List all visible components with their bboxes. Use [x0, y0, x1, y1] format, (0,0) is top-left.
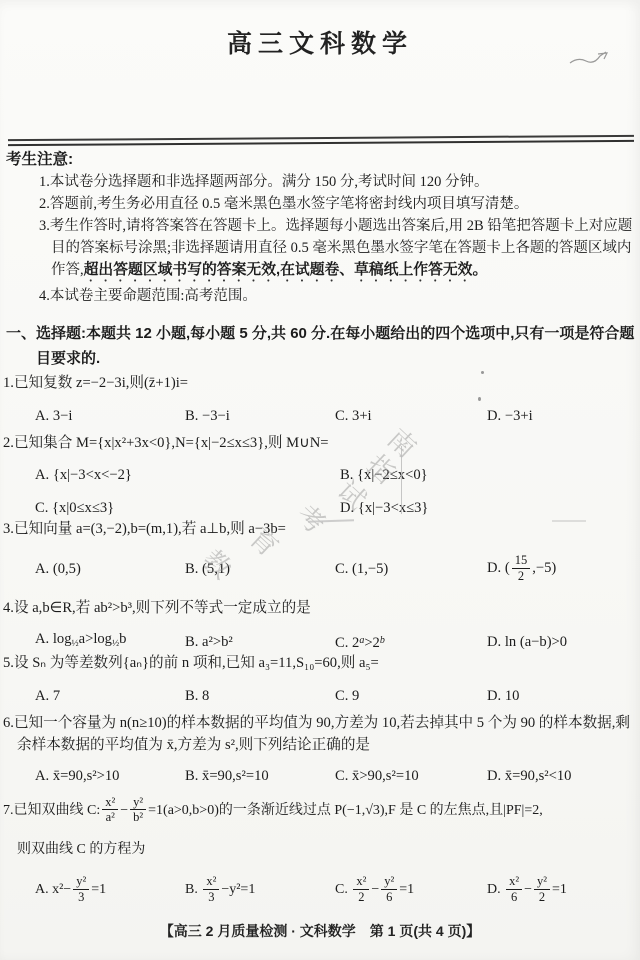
- question-2-stem: 2.已知集合 M={x|x²+3x<0},N={x|−2≤x≤3},则 M∪N=: [3, 432, 638, 454]
- notice-item-1: 1.本试卷分选择题和非选择题两部分。满分 150 分,考试时间 120 分钟。: [6, 171, 636, 193]
- fraction: x²6: [506, 874, 522, 904]
- option-b-part: B.: [185, 882, 201, 897]
- option-c: C. 2a>2b: [335, 630, 487, 654]
- option-c-part: >2: [364, 635, 380, 651]
- question-7-options: A. x²−y²3=1 B. x²3−y²=1 C. x²2−y²6=1 D. …: [35, 872, 638, 908]
- question-4-stem: 4.设 a,b∈R,若 ab²>b³,则下列不等式一定成立的是: [3, 597, 638, 619]
- fraction-denominator: 2: [536, 890, 548, 904]
- minus-sign: −: [524, 882, 532, 897]
- question-1: 1.已知复数 z=−2−3i,则(z̄+1)i= A. 3−i B. −3−i …: [3, 372, 638, 427]
- option-b: B. −3−i: [185, 405, 335, 427]
- fraction-denominator: b²: [130, 810, 146, 824]
- question-7: 7.已知双曲线 C:x²a²−y²b²=1(a>0,b>0)的一条渐近线过点 P…: [3, 791, 638, 908]
- ink-speck: [481, 371, 484, 374]
- notice-item-4: 4.本试卷主要命题范围:高考范围。: [6, 285, 636, 307]
- option-c-part: C. 2: [335, 635, 359, 651]
- option-d-suffix: ,−5): [532, 560, 556, 576]
- question-5: 5.设 Sₙ 为等差数列{aₙ}的前 n 项和,已知 a₃=11,S₁₀=60,…: [3, 652, 638, 707]
- minus-sign: −: [120, 803, 128, 818]
- option-b-part: −y²=1: [221, 882, 255, 897]
- option-a: A. 3−i: [35, 405, 185, 427]
- option-c: C. (1,−5): [335, 558, 487, 580]
- question-3-options: A. (0,5) B. (5,1) C. (1,−5) D. (152,−5): [35, 552, 638, 586]
- fraction: x²2: [353, 874, 369, 904]
- notice-section: 考生注意: 1.本试卷分选择题和非选择题两部分。满分 150 分,考试时间 12…: [6, 149, 636, 307]
- question-6: 6.已知一个容量为 n(n≥10)的样本数据的平均值为 90,方差为 10,若去…: [3, 712, 638, 787]
- question-5-stem: 5.设 Sₙ 为等差数列{aₙ}的前 n 项和,已知 a₃=11,S₁₀=60,…: [3, 652, 638, 674]
- header-rule: [8, 135, 634, 146]
- fraction: y²6: [381, 874, 397, 904]
- option-d: D. {x|−3<x≤3}: [340, 497, 638, 519]
- question-7-stem-line-2: 则双曲线 C 的方程为: [17, 839, 638, 861]
- notice-item-3: 3.考生作答时,请将答案答在答题卡上。选择题每小题选出答案后,用 2B 铅笔把答…: [6, 215, 636, 285]
- notice-heading: 考生注意:: [6, 149, 636, 171]
- option-d-prefix: D. (: [487, 560, 510, 576]
- fraction-numerator: 15: [512, 553, 531, 568]
- scan-smudge: [552, 520, 586, 522]
- option-d: D. 10: [487, 685, 638, 707]
- fraction-numerator: y²: [130, 795, 146, 810]
- fraction-denominator: 3: [75, 890, 87, 904]
- exponent: b: [380, 635, 385, 646]
- option-a: A. {x|−3<x<−2}: [35, 464, 340, 486]
- question-7-stem: 7.已知双曲线 C:x²a²−y²b²=1(a>0,b>0)的一条渐近线过点 P…: [3, 791, 638, 831]
- question-4: 4.设 a,b∈R,若 ab²>b³,则下列不等式一定成立的是 A. log½a…: [3, 597, 638, 655]
- question-1-options: A. 3−i B. −3−i C. 3+i D. −3+i: [35, 405, 638, 427]
- option-d: D. ln (a−b)>0: [487, 631, 638, 653]
- fraction-numerator: x²: [506, 874, 522, 889]
- fraction: 152: [512, 553, 531, 583]
- option-d-part: =1: [552, 882, 567, 897]
- rule-thick: [8, 139, 634, 146]
- pen-mark-icon: [565, 45, 620, 75]
- option-c-part: =1: [399, 882, 414, 897]
- fraction-numerator: y²: [73, 874, 89, 889]
- log-base-subscript: ½: [71, 639, 78, 649]
- question-6-options: A. x̄=90,s²>10 B. x̄=90,s²=10 C. x̄>90,s…: [35, 765, 638, 787]
- option-a: A. x̄=90,s²>10: [35, 765, 185, 787]
- fraction-denominator: 2: [515, 569, 527, 583]
- option-d: D. x̄=90,s²<10: [487, 765, 638, 787]
- option-b: B. 8: [185, 685, 335, 707]
- fraction-numerator: y²: [534, 874, 550, 889]
- option-a-part: =1: [91, 882, 106, 897]
- option-a-part: A. log: [35, 631, 71, 647]
- scan-fold-line: [401, 446, 402, 514]
- option-b: B. x²3−y²=1: [185, 875, 335, 905]
- ink-speck: [478, 397, 481, 401]
- option-c-part: C.: [335, 882, 351, 897]
- option-c: C. x²2−y²6=1: [335, 875, 487, 905]
- question-4-options: A. log½a>log½b B. a²>b² C. 2a>2b D. ln (…: [35, 628, 638, 655]
- question-5-options: A. 7 B. 8 C. 9 D. 10: [35, 685, 638, 707]
- option-d: D. −3+i: [487, 405, 638, 427]
- fraction-denominator: a²: [103, 810, 118, 824]
- fraction-denominator: 6: [508, 890, 520, 904]
- question-6-stem: 6.已知一个容量为 n(n≥10)的样本数据的平均值为 90,方差为 10,若去…: [3, 712, 638, 756]
- option-a: A. (0,5): [35, 558, 185, 580]
- fraction: x²a²: [102, 795, 118, 825]
- section-1-heading: 一、选择题:本题共 12 小题,每小题 5 分,共 60 分.在每小题给出的四个…: [6, 321, 638, 371]
- minus-sign: −: [371, 882, 379, 897]
- option-d: D. (152,−5): [487, 554, 638, 584]
- fraction-numerator: x²: [203, 874, 219, 889]
- option-c: C. 9: [335, 685, 487, 707]
- fraction-numerator: y²: [381, 874, 397, 889]
- fraction: y²3: [73, 874, 89, 904]
- question-1-stem: 1.已知复数 z=−2−3i,则(z̄+1)i=: [3, 372, 638, 394]
- notice-item-3-emphasized: 超出答题区域书写的答案无效,在试题卷、草稿纸上作答无效。: [84, 262, 488, 278]
- fraction-denominator: 6: [383, 890, 395, 904]
- fraction-numerator: x²: [353, 874, 369, 889]
- page-footer: 【高三 2 月质量检测 · 文科数学 第 1 页(共 4 页)】: [0, 921, 640, 941]
- option-b: B. a²>b²: [185, 631, 335, 653]
- option-a-part: b: [119, 631, 126, 647]
- option-c: C. x̄>90,s²=10: [335, 765, 487, 787]
- question-2-options-row-1: A. {x|−3<x<−2} B. {x|−2≤x<0}: [35, 464, 638, 486]
- fraction-denominator: 2: [355, 890, 367, 904]
- option-b: B. x̄=90,s²=10: [185, 765, 335, 787]
- option-a: A. log½a>log½b: [35, 628, 185, 655]
- fraction: y²2: [534, 874, 550, 904]
- fraction: x²3: [203, 874, 219, 904]
- page-title: 高三文科数学: [0, 24, 640, 60]
- notice-item-2: 2.答题前,考生务必用直径 0.5 毫米黑色墨水签字笔将密封线内项目填写清楚。: [6, 193, 636, 215]
- option-a: A. 7: [35, 685, 185, 707]
- fraction: y²b²: [130, 795, 146, 825]
- option-a-part: a>log: [79, 631, 112, 647]
- option-d: D. x²6−y²2=1: [487, 875, 638, 905]
- option-d-part: D.: [487, 882, 504, 897]
- stem-part: 7.已知双曲线 C:: [3, 803, 100, 818]
- option-a-part: A. x²−: [35, 882, 71, 897]
- fraction-denominator: 3: [205, 890, 217, 904]
- option-a: A. x²−y²3=1: [35, 875, 185, 905]
- fraction-numerator: x²: [102, 795, 118, 810]
- stem-part: =1(a>0,b>0)的一条渐近线过点 P(−1,√3),F 是 C 的左焦点,…: [148, 803, 543, 818]
